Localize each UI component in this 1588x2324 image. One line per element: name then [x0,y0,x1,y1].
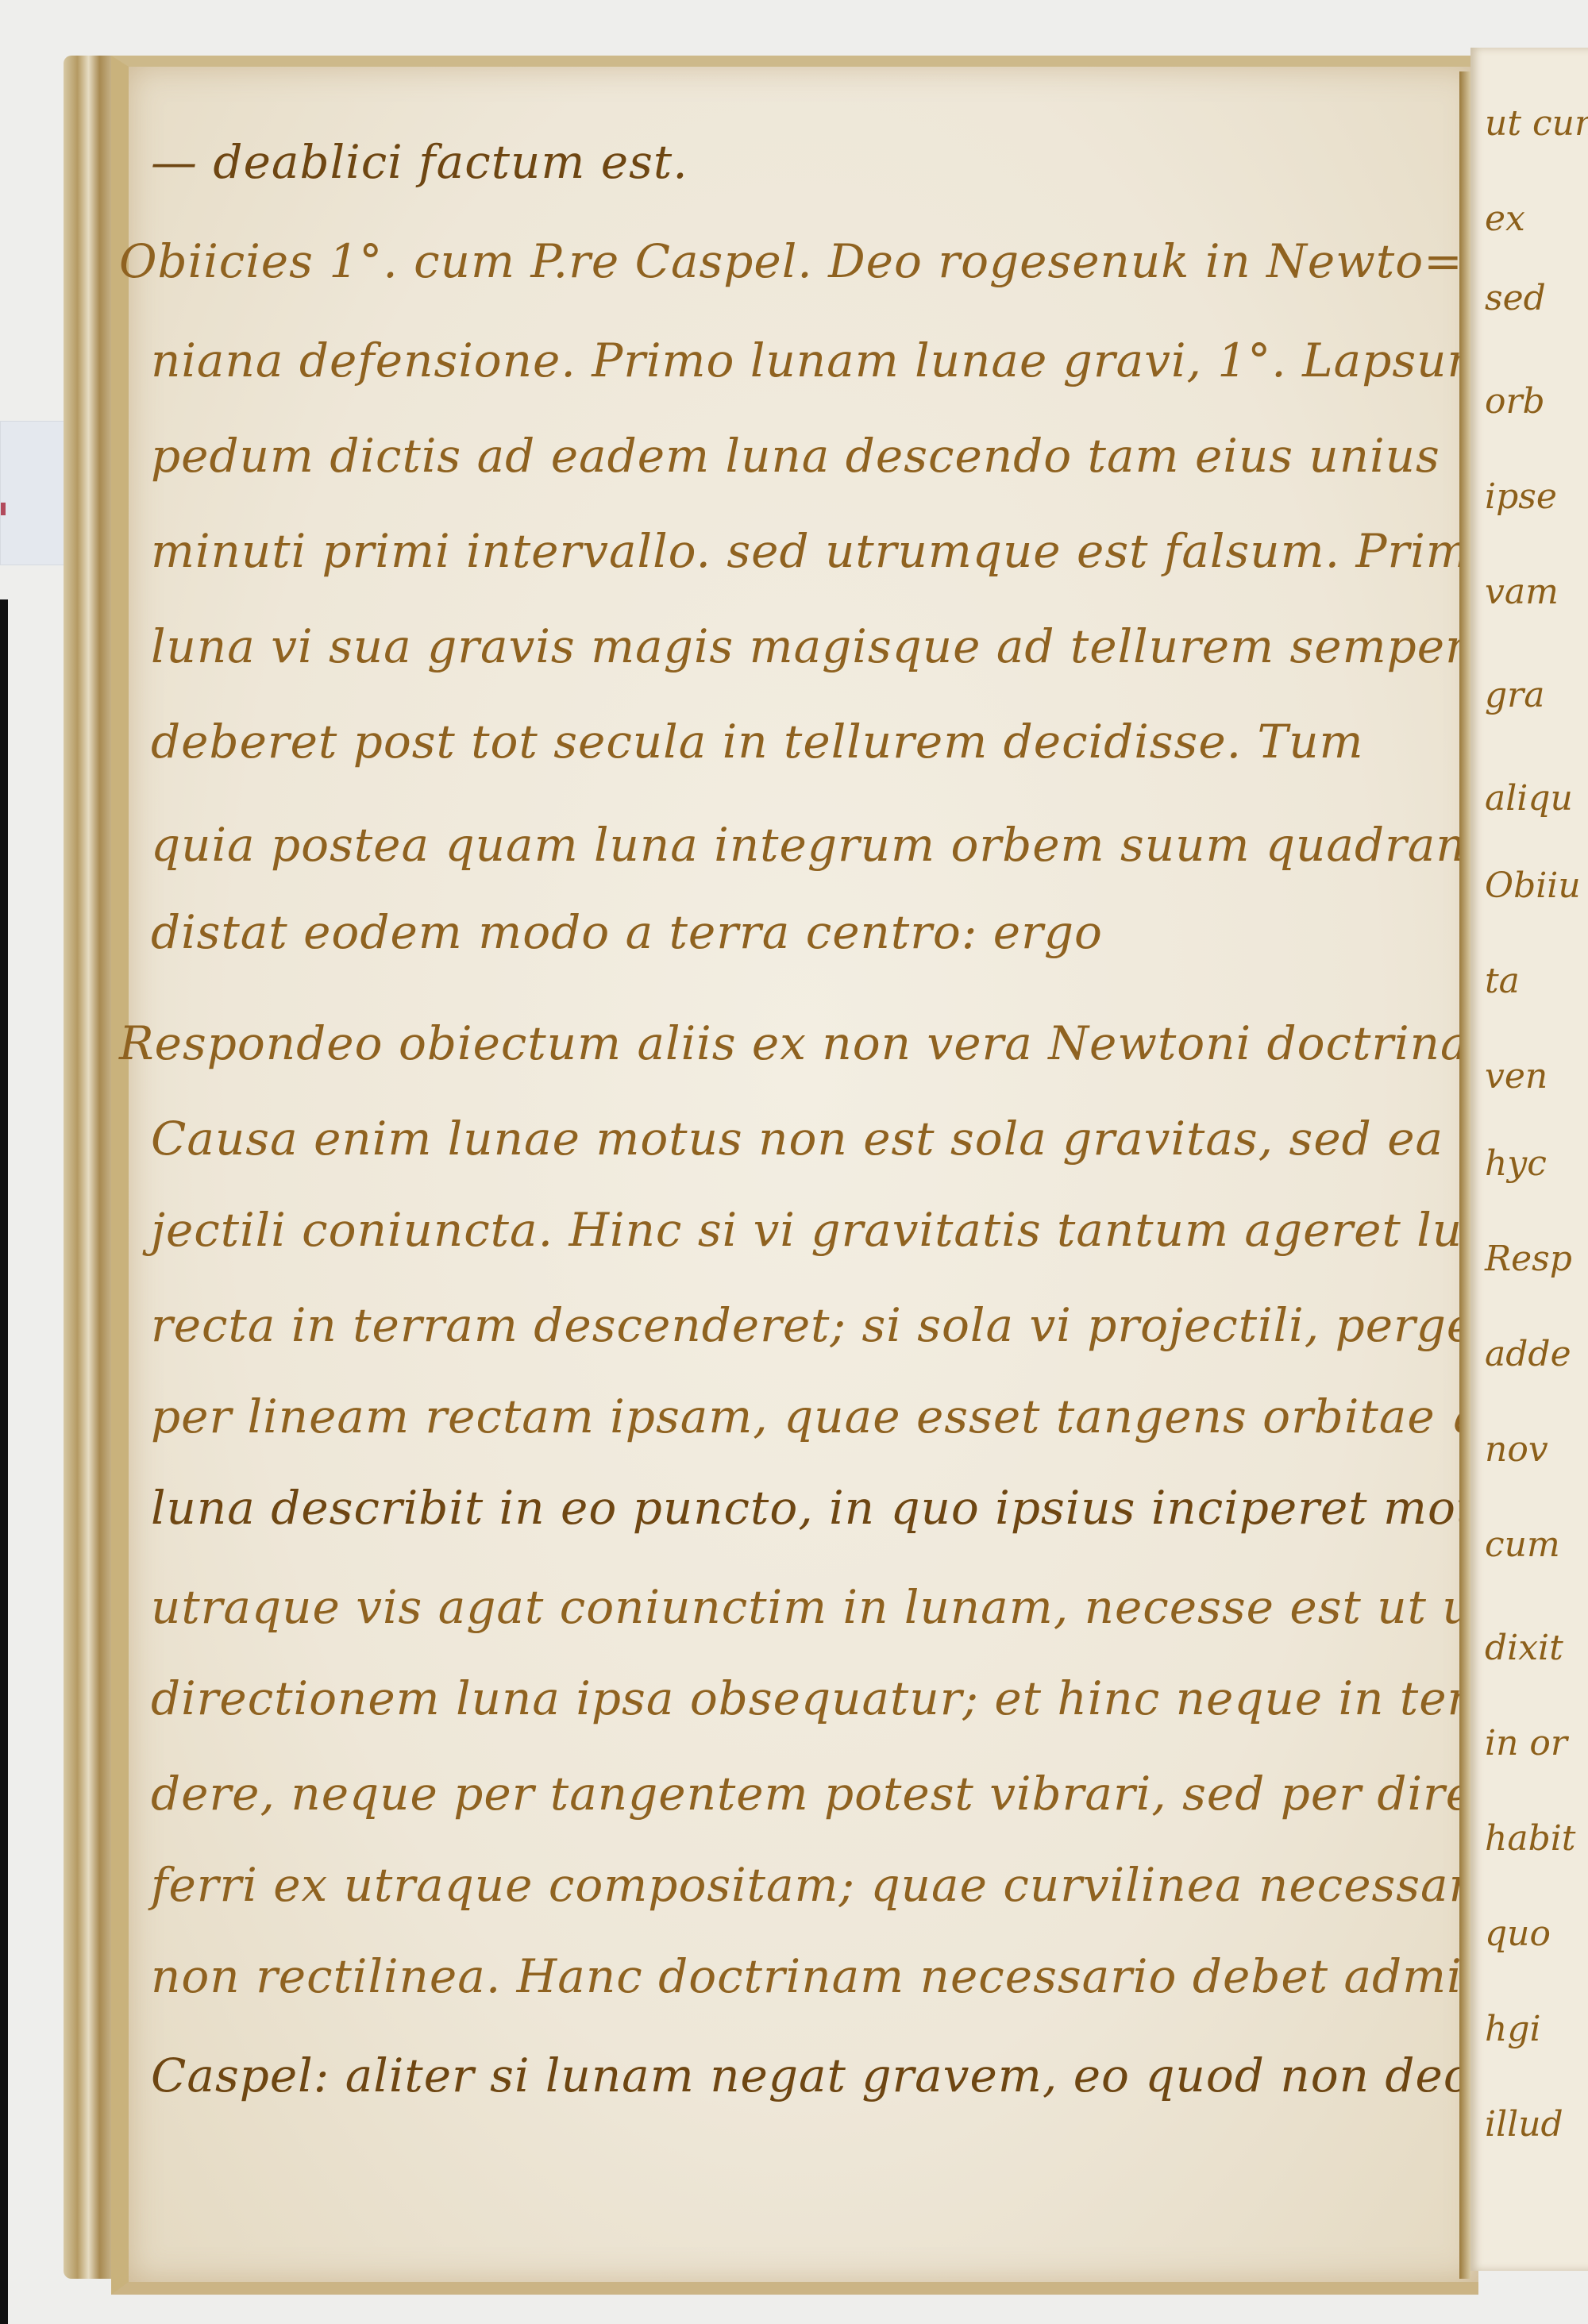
text-line: Caspel: aliter si lunam negat gravem, eo… [151,2048,1563,2102]
book-gutter [1459,71,1470,2279]
facing-text: Obiiu [1485,865,1581,906]
text-line: Respondeo obiectum aliis ex non vera New… [119,1016,1588,1070]
facing-text: nov [1485,1429,1548,1470]
facing-text: dixit [1485,1628,1563,1668]
text-line: non rectilinea. Hanc doctrinam necessari… [151,1949,1588,2003]
calibration-mark [1,503,6,515]
facing-text: quo [1485,1914,1551,1954]
text-line: quia postea quam luna integrum orbem suu… [151,818,1588,872]
facing-text: hyc [1485,1143,1547,1184]
text-line: recta in terram descenderet; si sola vi … [151,1298,1545,1352]
calibration-strip-black [0,599,8,2324]
facing-text: ta [1485,961,1520,1001]
text-line: pedum dictis ad eadem luna descendo tam … [151,429,1440,483]
text-line: distat eodem modo a terra centro: ergo [151,905,1103,959]
text-line: luna describit in eo puncto, in quo ipsi… [151,1481,1588,1535]
facing-text: illud [1485,2104,1563,2145]
color-calibration-card [0,421,67,565]
text-line: minuti primi intervallo. sed utrumque es… [151,524,1588,578]
facing-text: cum [1485,1524,1560,1565]
facing-text: gra [1485,675,1544,715]
facing-text: ut cum [1485,103,1588,144]
text-line: — deablici factum est. [151,135,688,189]
text-line: per lineam rectam ipsam, quae esset tang… [151,1389,1584,1443]
facing-text: adde [1485,1334,1571,1374]
text-line: niana defensione. Primo lunam lunae grav… [151,333,1567,387]
facing-text: vam [1485,572,1559,612]
facing-text: habit [1485,1818,1576,1859]
facing-text: ex [1485,198,1525,239]
text-line: luna vi sua gravis magis magisque ad tel… [151,619,1588,673]
facing-text: hgi [1485,2009,1541,2049]
facing-text: ven [1485,1056,1548,1096]
facing-text: in or [1485,1723,1567,1763]
text-line: utraque vis agat coniunctim in lunam, ne… [151,1580,1588,1634]
text-line: Obiicies 1°. cum P.re Caspel. Deo rogese… [119,234,1463,288]
facing-text: sed [1485,278,1546,318]
text-line: jectili coniuncta. Hinc si vi gravitatis… [151,1203,1521,1257]
facing-page: ut cum ex sed orb ipse vam gra aliqu Obi… [1470,48,1588,2271]
text-line: deberet post tot secula in tellurem deci… [151,715,1364,769]
facing-text: ipse [1485,476,1557,517]
text-line: dere, neque per tangentem potest vibrari… [151,1767,1588,1821]
facing-text: Resp [1485,1239,1572,1279]
text-line: Causa enim lunae motus non est sola grav… [151,1112,1588,1166]
text-line: directionem luna ipsa obsequatur; et hin… [151,1671,1588,1725]
facing-text: orb [1485,381,1545,422]
facing-text: aliqu [1485,778,1573,819]
text-line: ferri ex utraque compositam; quae curvil… [151,1858,1588,1912]
